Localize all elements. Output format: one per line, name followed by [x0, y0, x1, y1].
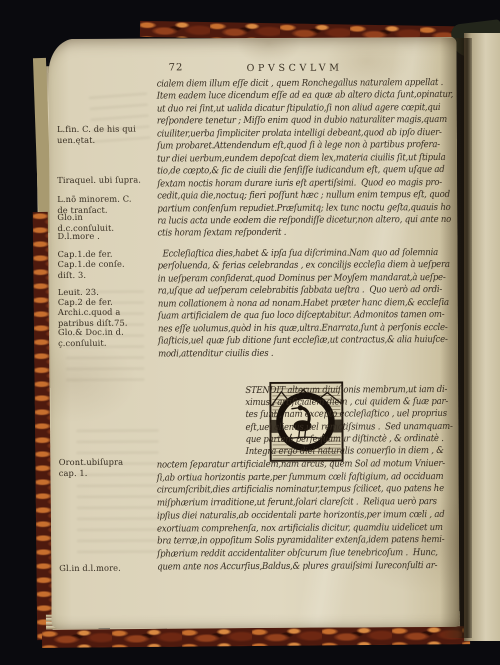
margin-note: Archi.c.quod a patribus diſt.75. — [58, 307, 142, 329]
text-line: eſt,uel alienus,uel remotiſsimus . Sed u… — [245, 421, 452, 434]
section-full-width: noctem ſeparatur artificialem,nam arcus,… — [157, 458, 471, 574]
gutter-shadow — [440, 38, 472, 638]
book-page: 72 OPVSCVLVM L.fin. C. de his qui uen.ęt… — [48, 37, 459, 629]
text-line: modi,attenditur ciuilis dies . — [158, 347, 450, 361]
paragraph-1: cialem diem illum eſſe dicit , quem Ronc… — [157, 77, 480, 241]
margin-notes-column: L.fin. C. de his qui uen.ętat.Tiraquel. … — [56, 39, 155, 629]
text-line: ximus , artificialem diem , cui quidem &… — [245, 396, 452, 409]
text-line: quem ante nos Accurſius,Baldus,& plures … — [157, 560, 445, 574]
section-beside-initial: STENDIT alterum diuiſionis membrum,ut ia… — [245, 384, 471, 458]
margin-note: Oront.ubiſupra cap. 1. — [59, 457, 143, 479]
margin-note: Gl.in d.l.more. — [59, 563, 143, 574]
margin-note: L.fin. C. de his qui uen.ętat. — [57, 124, 141, 146]
text-line: STENDIT alterum diuiſionis membrum,ut ia… — [245, 384, 452, 397]
margin-note: Glo.& Doc.in d. ç.conſuluit. — [58, 327, 142, 349]
margin-note: Tiraquel. ubi ſupra. — [57, 175, 141, 186]
text-block: cialem diem illum eſſe dicit , quem Ronc… — [154, 37, 457, 629]
marbled-edge-bottom — [42, 626, 470, 648]
margin-note: Cap.1.de conſe. diſt. 3. — [58, 259, 142, 281]
text-line: ctis horam ſextam reſponderit . — [157, 226, 453, 240]
text-line: Integra ergo diei naturalis conuerſio in… — [246, 445, 453, 458]
paragraph-2: Eccleſiaſtica dies,habet & ipſa ſua diſc… — [158, 247, 476, 361]
text-line: que partem perſequamur diſtinctè , & ord… — [246, 433, 453, 446]
text-line: tes ſunt , nam excepto eccleſiaſtico , u… — [245, 408, 452, 421]
margin-note: D.l.more . — [57, 231, 141, 242]
photo-background: 72 OPVSCVLVM L.fin. C. de his qui uen.ęt… — [0, 0, 500, 665]
